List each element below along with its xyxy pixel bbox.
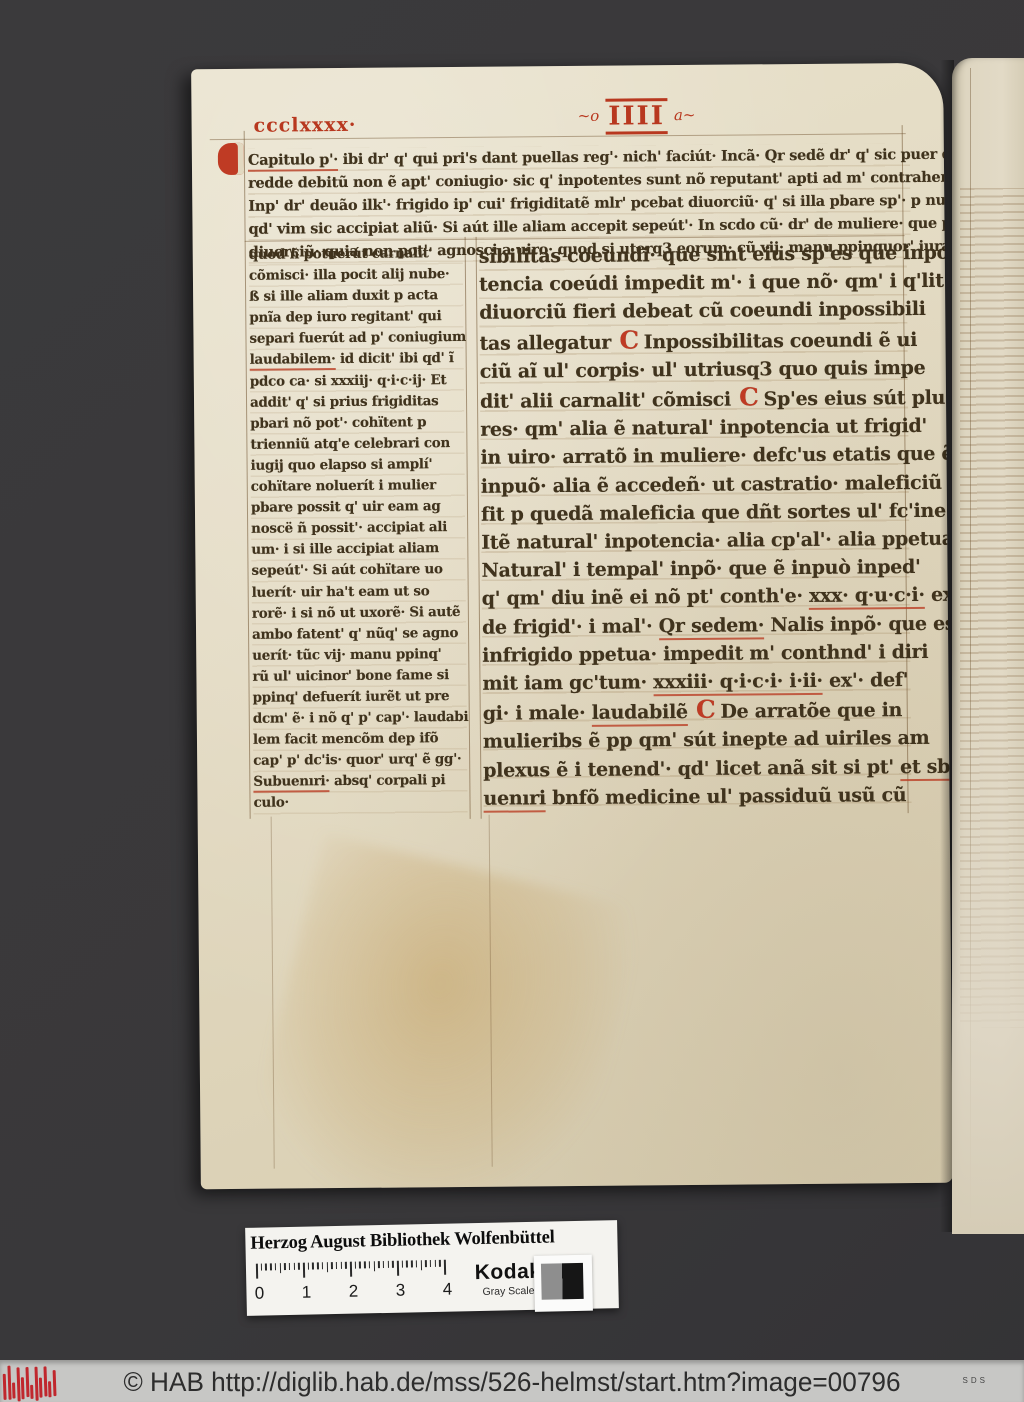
scale-card: Herzog August Bibliothek Wolfenbüttel 01… — [245, 1220, 619, 1316]
manuscript-text-line: plexus ẽ i tenend'· qd' licet anã sit si… — [483, 753, 911, 785]
manuscript-text-line: um· i si ille accipiat aliam — [251, 538, 465, 561]
manuscript-text-line: iugij quo elapso si amplí' — [251, 454, 465, 477]
rubric-flourish-left: ~o — [572, 107, 606, 125]
rubric-initial — [218, 143, 244, 175]
manuscript-text-line: diuorciũ fieri debeat cũ coeundi inpossi… — [479, 295, 907, 327]
ruler-ticks — [256, 1260, 452, 1280]
manuscript-text-line: res· qm' alia ẽ natural' inpotencia ut f… — [480, 412, 908, 444]
manuscript-text-line: inpuõ· alia ẽ accedeñ· ut castratio· mal… — [481, 469, 909, 501]
grayscale-patch — [534, 1255, 593, 1312]
manuscript-text-line: infrigido ppetua· impedit m' conthnd' i … — [482, 638, 910, 670]
manuscript-text-line: tencia coeúdi impedit m'· i que nõ· qm' … — [479, 267, 907, 299]
footer-caption: © HAB http://diglib.hab.de/mss/526-helms… — [15, 1360, 1008, 1402]
manuscript-text-line: Subuenıri· absq' corpali pi — [253, 770, 467, 793]
folio-numeral: IIII — [605, 98, 668, 135]
left-column: quod ñ potuerút carnalit'cõmisci· illa p… — [249, 243, 468, 814]
manuscript-text-line: dcm' ẽ· i nõ q' p' cap'· laudabi — [253, 707, 467, 730]
manuscript-text-line: Natural' i tempal' inpõ· que ẽ inpuò inp… — [481, 553, 909, 585]
manuscript-text-line: sibilitas coeundi· que sint eius sp'es q… — [479, 239, 907, 271]
manuscript-text-line: sepeút'· Si aút cohïtare uo — [251, 559, 465, 582]
manuscript-text-line: rũ ul' uicinor' bone fame si — [252, 665, 466, 688]
manuscript-text-line: ambo fatent' q' nũq' se agno — [252, 623, 466, 646]
folio-number-left: ccclxxxx· — [254, 114, 357, 137]
manuscript-text-line: cap' p' dc'is· quor' urq' ẽ gg'· — [253, 749, 467, 772]
manuscript-text-line: luerít· uir ha't eam ut so — [252, 580, 466, 603]
manuscript-text-line: gi· i male· laudabilẽ CDe arratõe que in — [483, 694, 911, 728]
scan-stage: ccclxxxx· ~oIIIIa~ Capitulo p'· ibi dr' … — [0, 0, 1024, 1402]
manuscript-text-line: ß si ille aliam duxit p acta — [249, 285, 463, 308]
manuscript-text-line: de frigid'· i mal'· Qr sedem· Nalis inpõ… — [482, 610, 910, 642]
manuscript-text-line: mit iam gc'tum· xxxiii· q·i·c·i· i·ii· e… — [482, 666, 910, 698]
manuscript-text-line: pdco ca· si xxxiij· q·i·c·ij· Et — [250, 369, 464, 392]
manuscript-text-line: ciũ aĩ ul' corpis· ul' utriusq3 quo quis… — [480, 354, 908, 386]
manuscript-text-line: mulieribs ẽ pp qm' sút inepte ad uiriles… — [483, 724, 911, 756]
manuscript-text-line: pbare possit q' uir eam ag — [251, 496, 465, 519]
manuscript-text-line: q' qm' diu inẽ ei nõ pt' conth'e· xxx· q… — [482, 581, 910, 613]
manuscript-text-line: trienniũ atq'e celebrari con — [250, 433, 464, 456]
fore-edge-fade — [952, 58, 1024, 1234]
ruler-numbers: 01234 — [252, 1280, 452, 1304]
manuscript-text-line: cõmisci· illa pocit alij nube· — [249, 264, 463, 287]
manuscript-text-line: separi fuerút ad p' coniugium — [249, 327, 463, 350]
manuscript-text-line: pnĩa dep iuro regitant' qui — [249, 306, 463, 329]
manuscript-text-line: in uiro· arratõ in muliere· defc'us etat… — [480, 440, 908, 472]
manuscript-text-line: quod ñ potuerút carnalit' — [249, 243, 463, 266]
manuscript-page: ccclxxxx· ~oIIIIa~ Capitulo p'· ibi dr' … — [191, 63, 953, 1190]
manuscript-text-line: culo· — [253, 791, 467, 814]
manuscript-text-line: cohïtare noluerít i mulier — [251, 475, 465, 498]
fore-edge-pages — [952, 58, 1024, 1234]
manuscript-text-line: lem facit mencõm dep ifõ — [253, 728, 467, 751]
right-column: sibilitas coeundi· que sint eius sp'es q… — [479, 239, 912, 813]
rubric-flourish-right: a~ — [668, 106, 702, 124]
manuscript-text-line: rorẽ· i si nõ ut uxorẽ· Si autẽ — [252, 602, 466, 625]
manuscript-text-line: addit' q' si prius frigiditas — [250, 391, 464, 414]
manuscript-text-line: uenıri bnfõ medicine ul' passiduũ usũ cũ — [483, 781, 911, 813]
manuscript-text-line: laudabilem· id dicit' ibi qd' ĩ — [250, 348, 464, 371]
corner-mark: SDS — [963, 1376, 988, 1385]
footer-strip: © HAB http://diglib.hab.de/mss/526-helms… — [0, 1360, 1024, 1402]
manuscript-text-line: fit p quedã maleficia que dñt sortes ul'… — [481, 497, 909, 529]
library-name: Herzog August Bibliothek Wolfenbüttel — [250, 1226, 614, 1255]
manuscript-text-line: tas allegatur CInpossibilitas coeundi ẽ … — [479, 324, 907, 358]
manuscript-text-line: noscë ñ possit'· accipiat ali — [251, 517, 465, 540]
manuscript-text-line: pbari nõ pot'· cohïtent p — [250, 412, 464, 435]
folio-number-center: ~oIIIIa~ — [551, 101, 721, 132]
ruler: 01234 — [256, 1259, 457, 1311]
manuscript-text-line: ppinq' defuerít iurẽt ut pre — [253, 686, 467, 709]
manuscript-text-line: uerít· tũc vij· manu ppinq' — [252, 644, 466, 667]
manuscript-text-line: dit' alii carnalit' cõmisci CSp'es eius … — [480, 382, 908, 416]
grayscale-patch-squares — [541, 1263, 584, 1300]
manuscript-text-line: Itẽ natural' inpotencia· alia cp'al'· al… — [481, 525, 909, 557]
